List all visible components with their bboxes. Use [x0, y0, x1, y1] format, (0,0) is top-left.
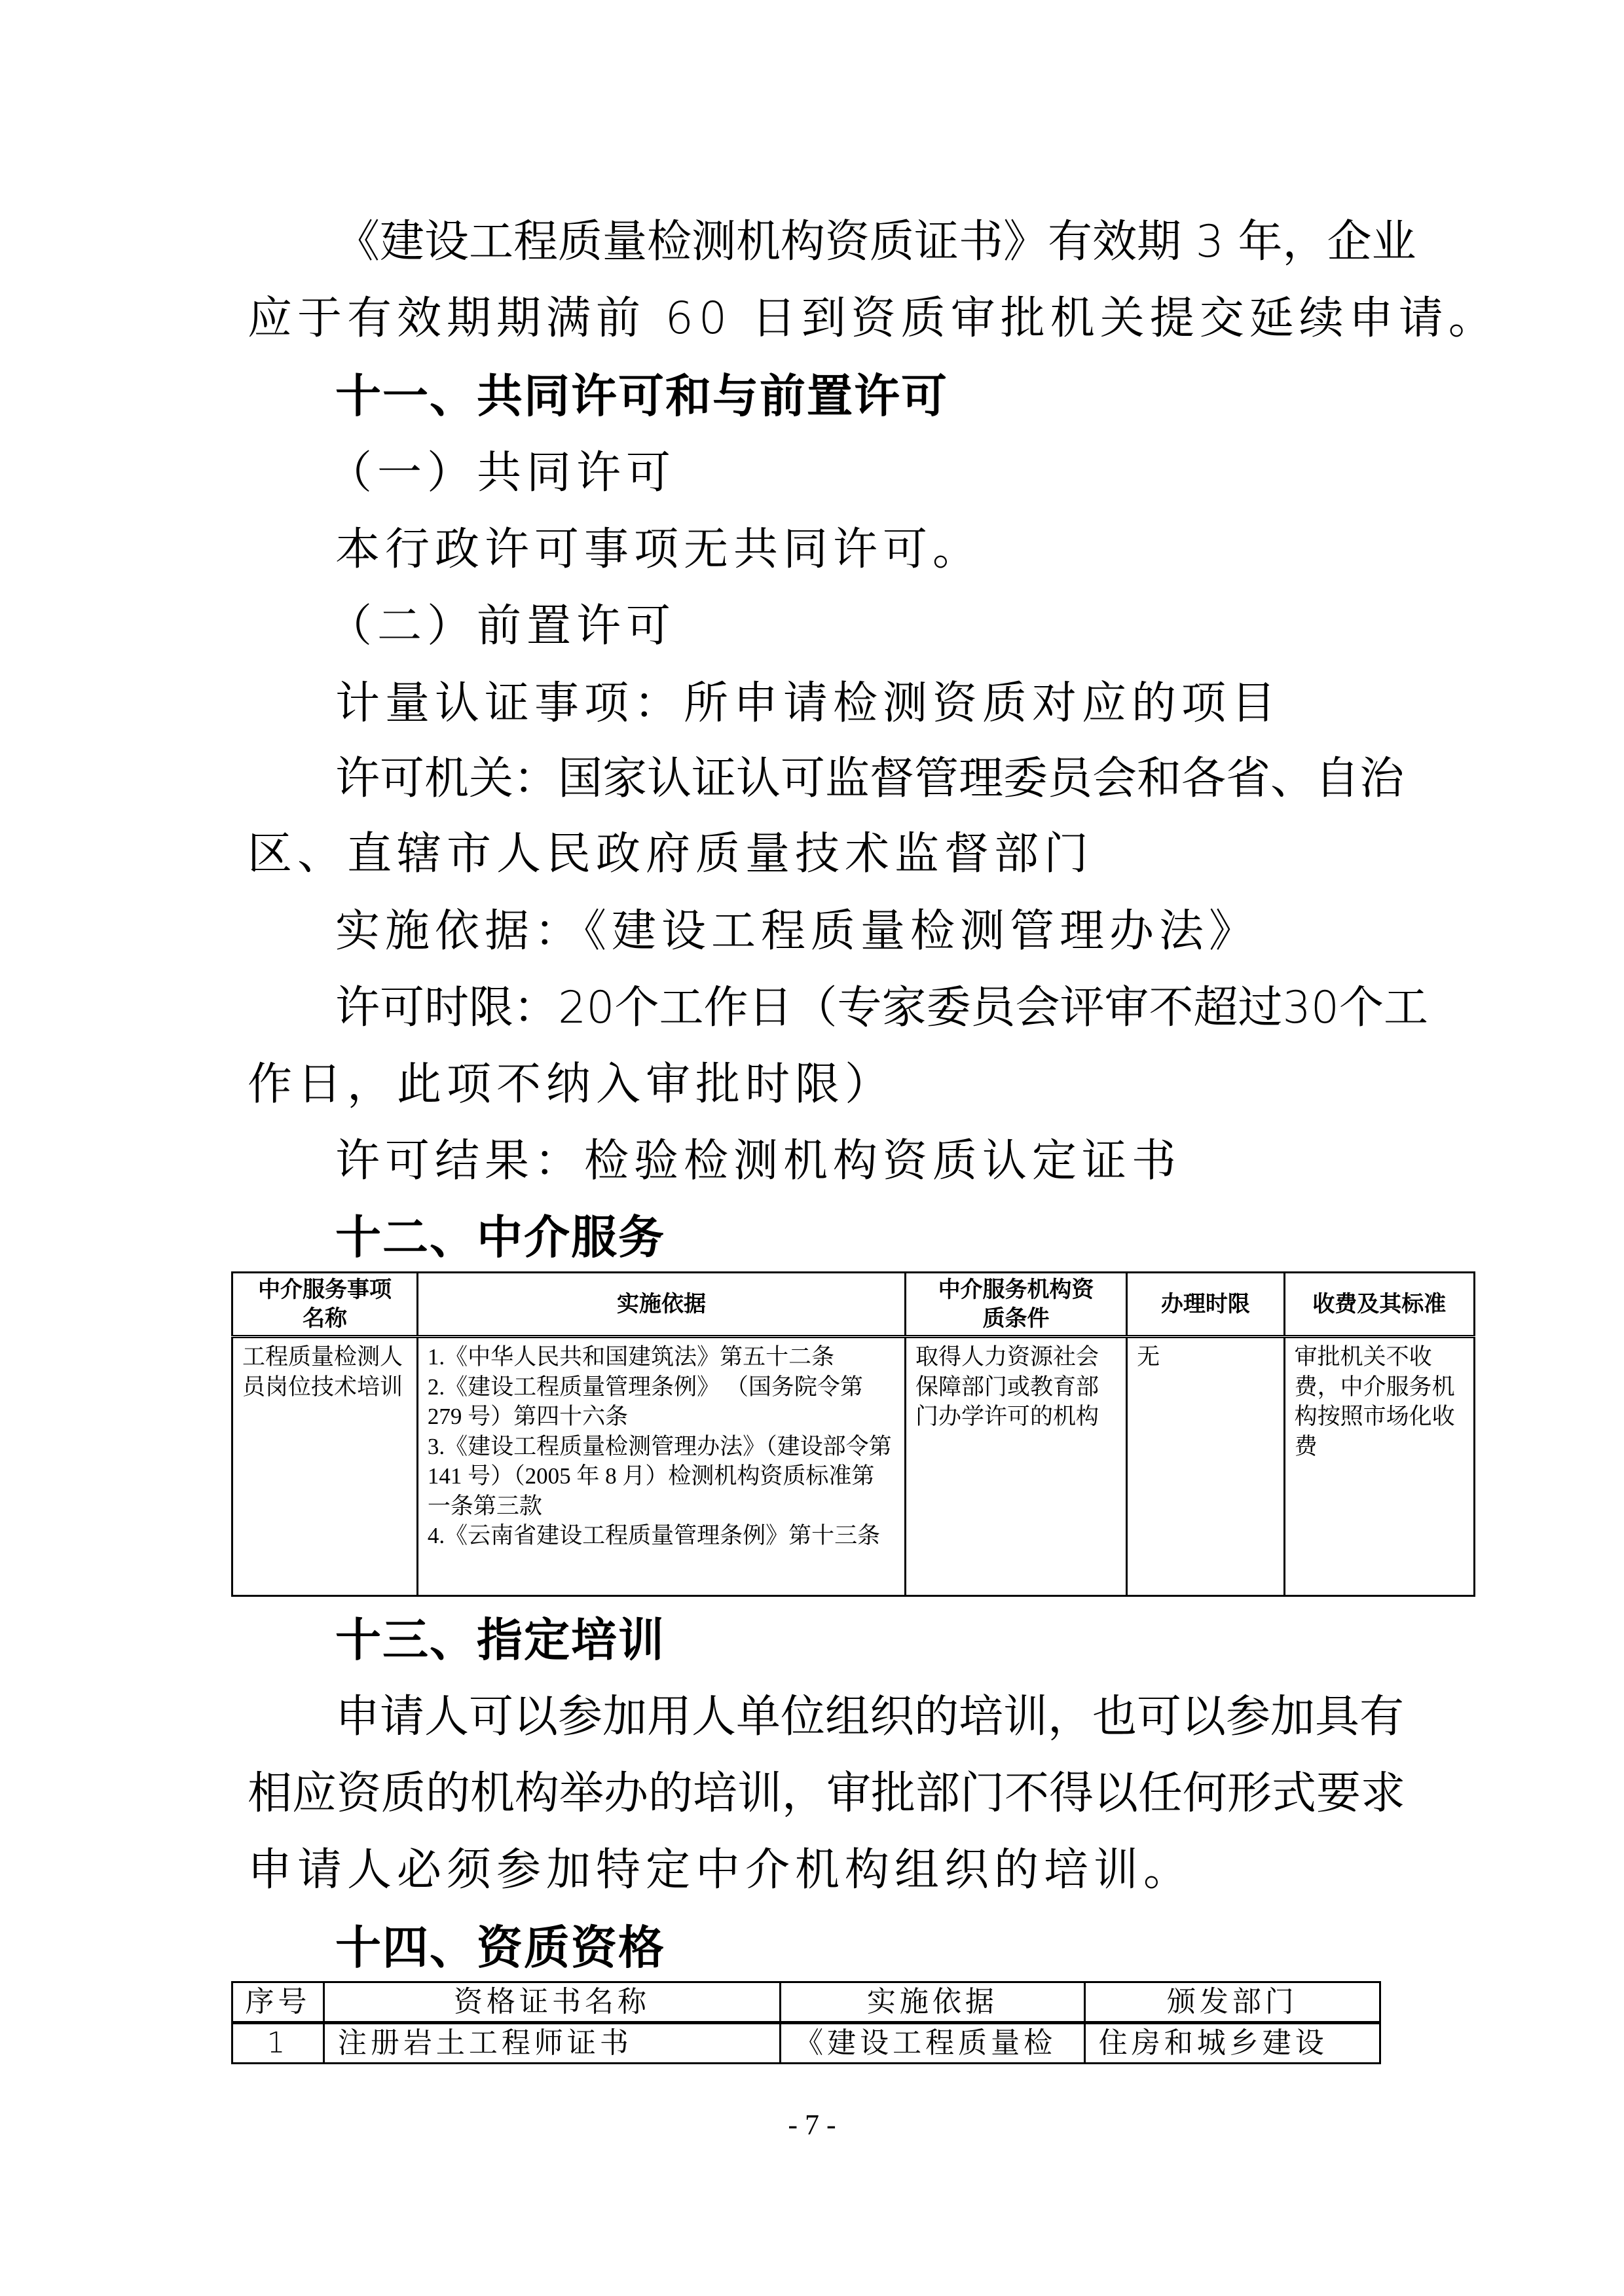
- basis-list-item: 2.《建设工程质量管理条例》 （国务院令第 279 号）第四十六条: [428, 1372, 895, 1432]
- table-row: 1 注册岩土工程师证书 《建设工程质量检 住房和城乡建设: [232, 2023, 1380, 2064]
- basis-list-item: 4.《云南省建设工程质量管理条例》第十三条: [428, 1521, 895, 1551]
- header-cert-name: 资格证书名称: [323, 1982, 780, 2023]
- training-line-3: 申请人必须参加特定中介机构组织的培训。: [248, 1844, 1193, 1897]
- header-seq: 序号: [232, 1982, 324, 2023]
- qualifications-table: 序号 资格证书名称 实施依据 颁发部门 1 注册岩土工程师证书 《建设工程质量检…: [231, 1981, 1381, 2064]
- basis-list-item: 3.《建设工程质量检测管理办法》（建设部令第 141 号）（2005 年 8 月…: [428, 1432, 895, 1522]
- cell-fee: 审批机关不收费，中介服务机构按照市场化收费: [1284, 1337, 1474, 1596]
- subsection-prerequisite-heading: （二）前置许可: [327, 600, 676, 653]
- authority-line-1: 许可机关：国家认证认可监督管理委员会和各省、自治: [335, 753, 1383, 805]
- time-limit-line-2: 作日，此项不纳入审批时限）: [248, 1059, 895, 1111]
- cell-time-limit: 无: [1127, 1337, 1285, 1596]
- section-11-heading: 十一、共同许可和与前置许可: [335, 370, 948, 422]
- header-time-limit: 办理时限: [1127, 1273, 1285, 1337]
- header-service-name: 中介服务事项 名称: [232, 1273, 418, 1337]
- training-line-1: 申请人可以参加用人单位组织的培训，也可以参加具有: [335, 1691, 1383, 1743]
- header-qualification: 中介服务机构资 质条件: [906, 1273, 1127, 1337]
- validity-line-2: 应于有效期期满前 60 日到资质审批机关提交延续申请。: [248, 293, 1498, 345]
- page-number: - 7 -: [0, 2108, 1624, 2141]
- metrology-item: 计量认证事项：所申请检测资质对应的项目: [335, 678, 1281, 730]
- validity-line-1: 《建设工程质量检测机构资质证书》有效期 3 年，企业: [335, 216, 1383, 268]
- cell-basis: 《建设工程质量检: [781, 2023, 1085, 2064]
- result-item: 许可结果：检验检测机构资质认定证书: [335, 1135, 1181, 1188]
- table-row: 工程质量检测人员岗位技术培训 1.《中华人民共和国建筑法》第五十二条 2.《建设…: [232, 1337, 1475, 1596]
- cell-basis: 1.《中华人民共和国建筑法》第五十二条 2.《建设工程质量管理条例》 （国务院令…: [417, 1337, 905, 1596]
- header-basis: 实施依据: [781, 1982, 1085, 2023]
- cell-issuer: 住房和城乡建设: [1084, 2023, 1380, 2064]
- section-14-heading: 十四、资质资格: [335, 1922, 665, 1974]
- cell-cert-name: 注册岩土工程师证书: [323, 2023, 780, 2064]
- joint-permit-text: 本行政许可事项无共同许可。: [335, 524, 982, 576]
- time-limit-line-1: 许可时限：20个工作日（专家委员会评审不超过30个工: [335, 982, 1383, 1034]
- table-header-row: 序号 资格证书名称 实施依据 颁发部门: [232, 1982, 1380, 2023]
- header-issuer: 颁发部门: [1084, 1982, 1380, 2023]
- cell-seq: 1: [232, 2023, 324, 2064]
- section-12-heading: 十二、中介服务: [335, 1211, 665, 1264]
- table-header-row: 中介服务事项 名称 实施依据 中介服务机构资 质条件 办理时限 收费及其标准: [232, 1273, 1475, 1337]
- cell-qualification: 取得人力资源社会保障部门或教育部门办学许可的机构: [906, 1337, 1127, 1596]
- basis-list-item: 1.《中华人民共和国建筑法》第五十二条: [428, 1342, 895, 1372]
- intermediary-services-table: 中介服务事项 名称 实施依据 中介服务机构资 质条件 办理时限 收费及其标准 工…: [231, 1271, 1475, 1597]
- basis-item: 实施依据：《建设工程质量检测管理办法》: [335, 905, 1259, 958]
- cell-service-name: 工程质量检测人员岗位技术培训: [232, 1337, 418, 1596]
- section-13-heading: 十三、指定培训: [335, 1614, 665, 1666]
- authority-line-2: 区、直辖市人民政府质量技术监督部门: [248, 828, 1094, 881]
- subsection-joint-permit-heading: （一）共同许可: [327, 447, 676, 500]
- header-fee: 收费及其标准: [1284, 1273, 1474, 1337]
- training-line-2: 相应资质的机构举办的培训，审批部门不得以任何形式要求: [248, 1768, 1384, 1820]
- header-basis: 实施依据: [417, 1273, 905, 1337]
